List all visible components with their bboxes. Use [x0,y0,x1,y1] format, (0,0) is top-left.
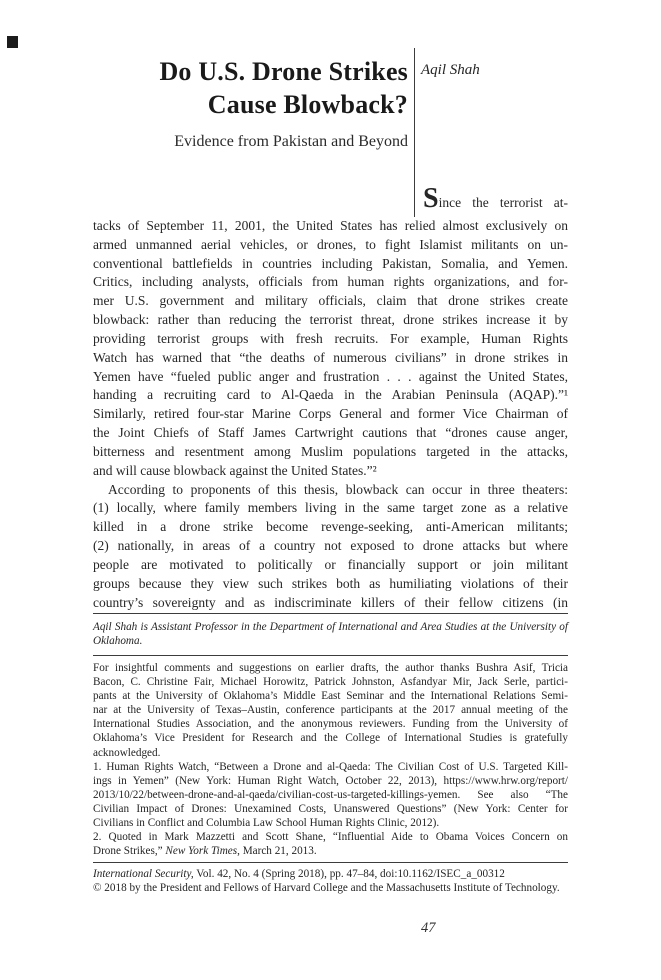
scan-artifact-mark [7,36,18,48]
body-line: bitterness and resentment among Muslim p… [93,443,568,462]
footnote-2-text: , March 21, 2013. [237,845,317,857]
body-line: (1) locally, where family members living… [93,499,568,518]
journal-citation-line: International Security, Vol. 42, No. 4 (… [93,867,568,881]
body-line: handing a recruiting card to Al-Qaeda in… [93,386,568,405]
body-line: groups because they view such strikes bo… [93,575,568,594]
journal-citation-footer: International Security, Vol. 42, No. 4 (… [93,867,568,895]
acknowledgments-line: For insightful comments and suggestions … [93,661,568,675]
dropcap-letter: S [423,183,439,214]
body-line: mer U.S. government and military officia… [93,292,568,311]
body-line: people are motivated to politically or f… [93,556,568,575]
author-name: Aqil Shah [421,62,480,79]
article-subtitle: Evidence from Pakistan and Beyond [60,132,408,152]
footnote-1-line: Civilian Impact of Drones: Unexamined Co… [93,802,568,816]
body-line: Critics, including analysts, officials f… [93,273,568,292]
body-line: tacks of September 11, 2001, the United … [93,217,568,236]
footnote-1-line: 2013/10/22/between-drone-and-al-qaeda/ci… [93,788,568,802]
acknowledgments-line: Oklahoma’s Vice President for Research a… [93,731,568,745]
footer-rule [93,862,568,863]
footnote-2-line: 2. Quoted in Mark Mazzetti and Scott Sha… [93,830,568,844]
footnote-2-line: Drone Strikes,” New York Times, March 21… [93,844,568,858]
acknowledgments-line: nar at the University of Texas–Austin, c… [93,703,568,717]
author-bio: Aqil Shah is Assistant Professor in the … [93,620,568,648]
footnote-2-publication-name: New York Times [165,845,237,857]
body-line: Yemen have “fueled public anger and frus… [93,368,568,387]
acknowledgments-line: Bacon, C. Christine Fair, Michael Horowi… [93,675,568,689]
body-line: killed in a drone strike become revenge-… [93,518,568,537]
journal-volume-info: Vol. 42, No. 4 (Spring 2018), pp. 47–84,… [194,868,505,880]
footnote-1-line: 1. Human Rights Watch, “Between a Drone … [93,760,568,774]
body-opening-line: Since the terrorist at- [423,192,568,213]
bio-line: Aqil Shah is Assistant Professor in the … [93,620,568,634]
copyright-line: © 2018 by the President and Fellows of H… [93,881,568,895]
page-number: 47 [421,920,436,937]
body-line: Watch has warned that “the deaths of num… [93,349,568,368]
acknowledgments-line: acknowledged. [93,746,568,760]
notes-section: For insightful comments and suggestions … [93,661,568,858]
opening-line-text: ince the terrorist at- [439,195,568,210]
body-line: conventional battlefields in countries i… [93,255,568,274]
body-line: Similarly, retired four-star Marine Corp… [93,405,568,424]
body-line: armed unmanned aerial vehicles, or drone… [93,236,568,255]
body-line: country’s sovereignty and as indiscrimin… [93,594,568,613]
acknowledgments-line: pants at the University of Oklahoma’s Mi… [93,689,568,703]
journal-name: International Security, [93,868,194,880]
body-line: (2) nationally, in areas of a country no… [93,537,568,556]
article-title-line-2: Cause Blowback? [60,88,408,121]
footnote-1-line: ings in Yemen” (New York: Human Right Wa… [93,774,568,788]
footnote-1-line: Civilians in Conflict and Columbia Law S… [93,816,568,830]
body-line: and will cause blowback against the Unit… [93,462,568,481]
body-line: According to proponents of this thesis, … [93,481,568,500]
body-line: providing terrorist groups with fresh re… [93,330,568,349]
article-title-line-1: Do U.S. Drone Strikes [60,55,408,88]
body-text: tacks of September 11, 2001, the United … [93,217,568,612]
body-line: blowback: rather than reducing the terro… [93,311,568,330]
article-title-block: Do U.S. Drone Strikes Cause Blowback? Ev… [60,55,408,152]
bio-bottom-rule [93,655,568,656]
acknowledgments-line: International Studies Association, and t… [93,717,568,731]
body-line: the Joint Chiefs of Staff James Cartwrig… [93,424,568,443]
bio-line: Oklahoma. [93,634,568,648]
title-author-divider-rule [414,48,415,217]
journal-article-page: Do U.S. Drone Strikes Cause Blowback? Ev… [0,0,661,980]
footnote-2-text: Drone Strikes,” [93,845,165,857]
bio-top-rule [93,613,568,614]
